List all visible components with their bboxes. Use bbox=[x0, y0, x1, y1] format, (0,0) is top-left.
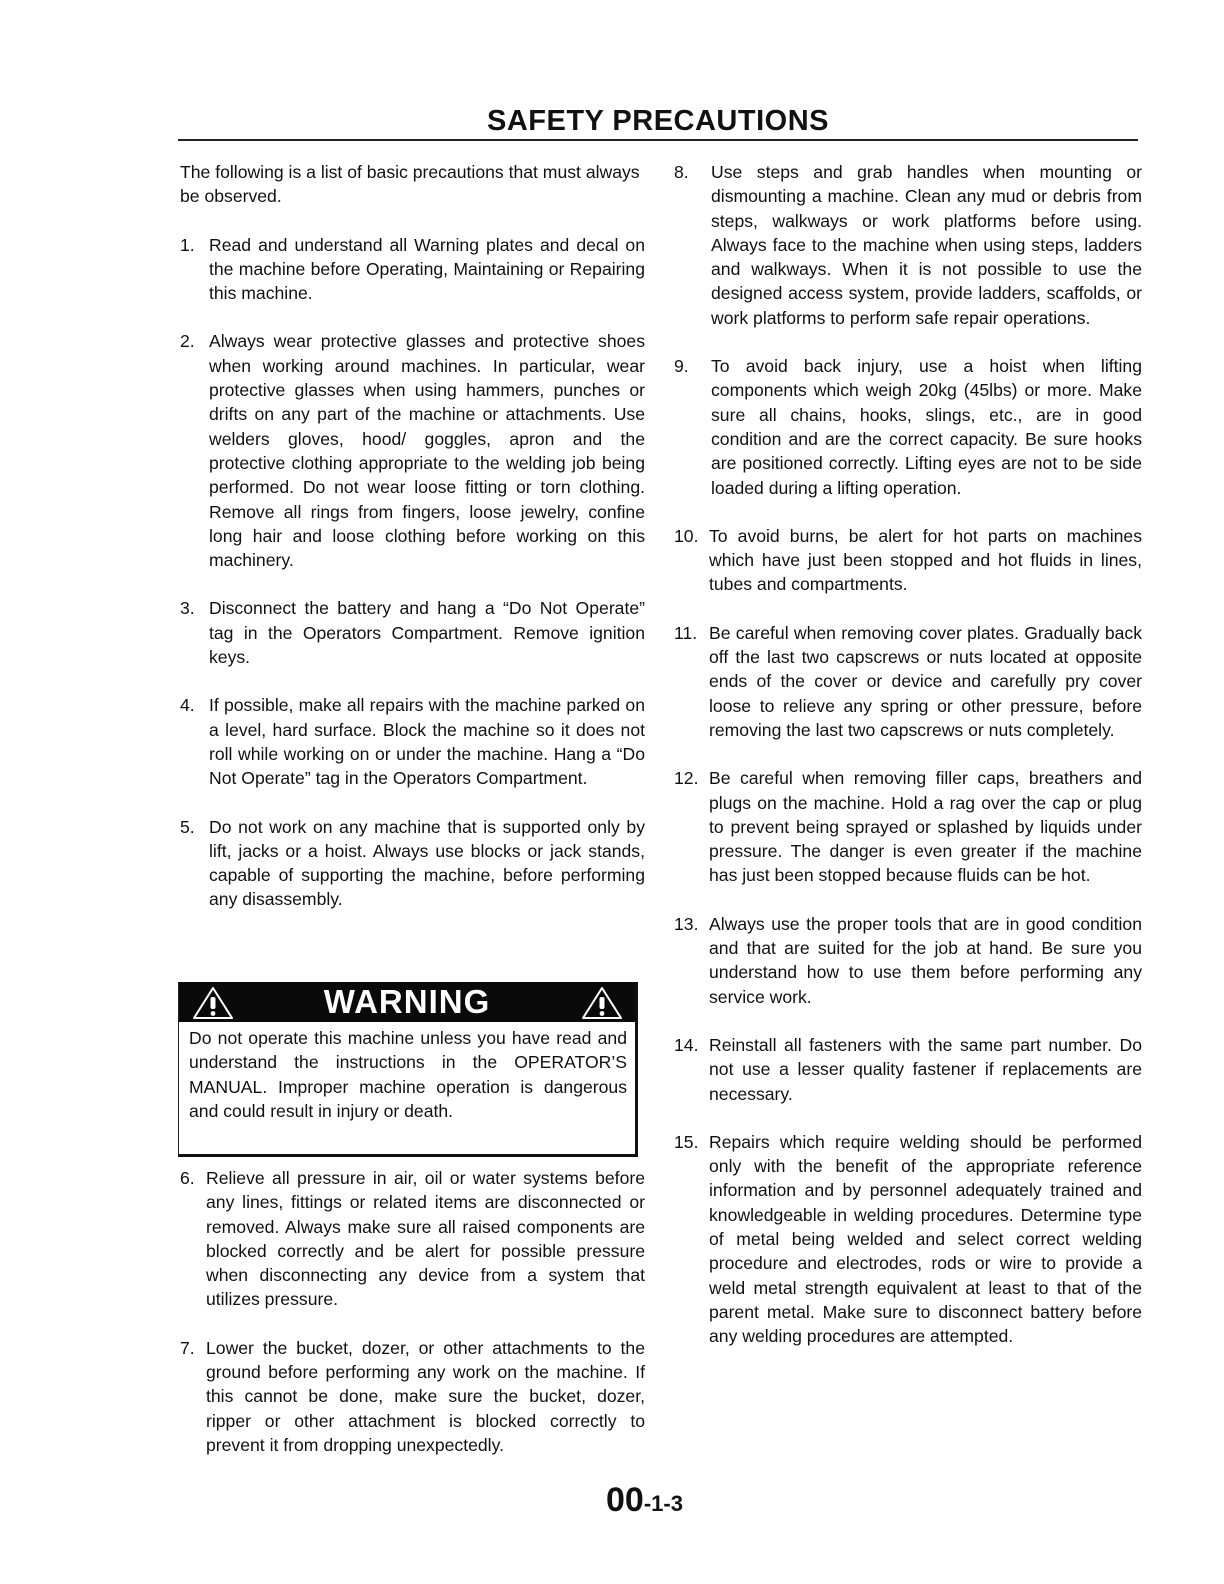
precaution-item-11: 11. Be careful when removing cover plate… bbox=[674, 621, 1142, 742]
item-text: Disconnect the battery and hang a “Do No… bbox=[209, 598, 645, 667]
item-text: If possible, make all repairs with the m… bbox=[209, 695, 645, 788]
item-number: 15. bbox=[674, 1130, 698, 1154]
item-number: 13. bbox=[674, 912, 698, 936]
item-number: 14. bbox=[674, 1033, 698, 1057]
precaution-item-8: 8. Use steps and grab handles when mount… bbox=[674, 160, 1142, 330]
warning-header: WARNING bbox=[179, 982, 635, 1022]
warning-triangle-icon bbox=[581, 986, 623, 1020]
precaution-item-4: 4. If possible, make all repairs with th… bbox=[180, 693, 645, 790]
item-number: 10. bbox=[674, 524, 698, 548]
item-number: 3. bbox=[180, 596, 195, 620]
precaution-item-7: 7. Lower the bucket, dozer, or other att… bbox=[180, 1336, 645, 1457]
precaution-item-10: 10. To avoid burns, be alert for hot par… bbox=[674, 524, 1142, 597]
item-text: Use steps and grab handles when mounting… bbox=[711, 162, 1142, 328]
precaution-item-5: 5. Do not work on any machine that is su… bbox=[180, 815, 645, 912]
precaution-item-15: 15. Repairs which require welding should… bbox=[674, 1130, 1142, 1349]
item-number: 8. bbox=[674, 160, 689, 184]
item-text: Be careful when removing cover plates. G… bbox=[709, 623, 1142, 740]
precaution-item-1: 1. Read and understand all Warning plate… bbox=[180, 233, 645, 306]
item-text: Read and understand all Warning plates a… bbox=[209, 235, 645, 304]
precaution-item-6: 6. Relieve all pressure in air, oil or w… bbox=[180, 1166, 645, 1312]
item-number: 2. bbox=[180, 329, 195, 353]
item-number: 11. bbox=[674, 621, 697, 645]
intro-text: The following is a list of basic precaut… bbox=[180, 160, 645, 209]
page-number-minor: -1-3 bbox=[644, 1491, 683, 1516]
item-text: Repairs which require welding should be … bbox=[709, 1132, 1142, 1346]
item-number: 7. bbox=[180, 1336, 195, 1360]
item-text: Be careful when removing filler caps, br… bbox=[709, 768, 1142, 885]
warning-box: WARNING Do not operate this machine unle… bbox=[178, 982, 638, 1157]
page-number-major: 00 bbox=[606, 1481, 644, 1519]
precaution-item-14: 14. Reinstall all fasteners with the sam… bbox=[674, 1033, 1142, 1106]
item-text: Always wear protective glasses and prote… bbox=[209, 331, 645, 570]
item-text: To avoid burns, be alert for hot parts o… bbox=[709, 526, 1142, 595]
item-text: Lower the bucket, dozer, or other attach… bbox=[206, 1338, 645, 1455]
item-number: 6. bbox=[180, 1166, 195, 1190]
item-number: 1. bbox=[180, 233, 195, 257]
item-number: 4. bbox=[180, 693, 195, 717]
precaution-item-3: 3. Disconnect the battery and hang a “Do… bbox=[180, 596, 645, 669]
item-text: To avoid back injury, use a hoist when l… bbox=[711, 356, 1142, 497]
precaution-item-13: 13. Always use the proper tools that are… bbox=[674, 912, 1142, 1009]
precaution-item-12: 12. Be careful when removing filler caps… bbox=[674, 766, 1142, 887]
left-column: The following is a list of basic precaut… bbox=[180, 160, 645, 912]
item-text: Do not work on any machine that is suppo… bbox=[209, 817, 645, 910]
item-number: 9. bbox=[674, 354, 689, 378]
right-column: 8. Use steps and grab handles when mount… bbox=[674, 160, 1142, 1348]
item-text: Reinstall all fasteners with the same pa… bbox=[709, 1035, 1142, 1104]
warning-text: Do not operate this machine unless you h… bbox=[179, 1022, 635, 1123]
left-column-lower: 6. Relieve all pressure in air, oil or w… bbox=[180, 1166, 645, 1457]
page-number: 00-1-3 bbox=[606, 1481, 683, 1520]
item-number: 5. bbox=[180, 815, 195, 839]
warning-title: WARNING bbox=[179, 982, 635, 1022]
item-number: 12. bbox=[674, 766, 698, 790]
title-divider bbox=[178, 139, 1138, 141]
precaution-item-2: 2. Always wear protective glasses and pr… bbox=[180, 329, 645, 572]
page-title: SAFETY PRECAUTIONS bbox=[178, 104, 1138, 138]
item-text: Relieve all pressure in air, oil or wate… bbox=[206, 1168, 645, 1309]
item-text: Always use the proper tools that are in … bbox=[709, 914, 1142, 1007]
precaution-item-9: 9. To avoid back injury, use a hoist whe… bbox=[674, 354, 1142, 500]
